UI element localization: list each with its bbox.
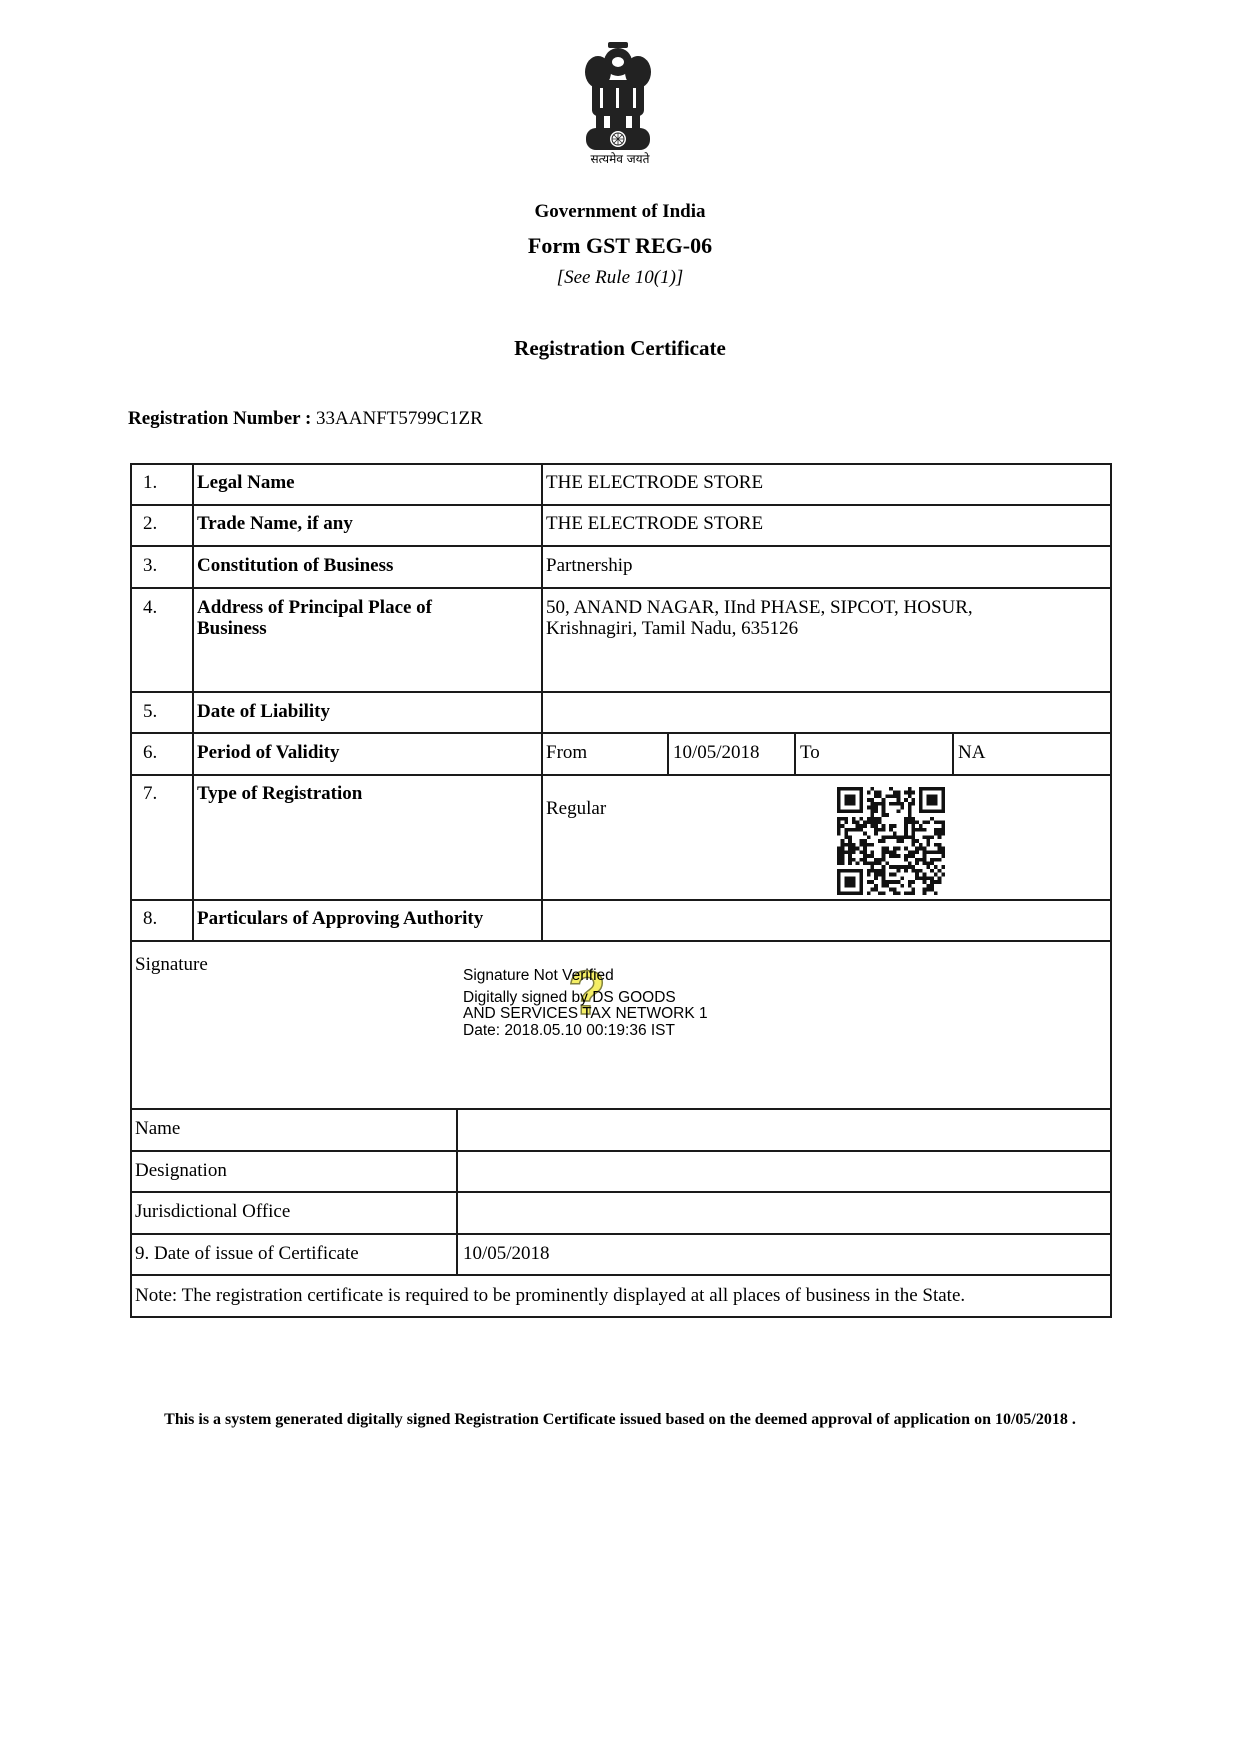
- signature-status: Signature Not Verified: [463, 968, 708, 985]
- row-number: 5.: [143, 701, 157, 722]
- signature-date: Date: 2018.05.10 00:19:36 IST: [463, 1023, 708, 1040]
- qr-code-icon: [837, 787, 945, 895]
- government-title: Government of India: [0, 201, 1240, 223]
- form-title: Form GST REG-06: [0, 233, 1240, 259]
- row-number: 8.: [143, 908, 157, 929]
- row-number: 6.: [143, 742, 157, 763]
- row-number: 1.: [143, 472, 157, 493]
- signature-label: Signature: [135, 954, 208, 975]
- validity-from-label: From: [546, 742, 587, 763]
- field-label: Trade Name, if any: [197, 513, 353, 534]
- certificate-title: Registration Certificate: [0, 336, 1240, 361]
- registration-type-value: Regular: [546, 798, 606, 819]
- row-number: 4.: [143, 597, 157, 618]
- authority-name-label: Name: [135, 1118, 180, 1139]
- rule-reference: [See Rule 10(1)]: [0, 267, 1240, 289]
- address-value: 50, ANAND NAGAR, IInd PHASE, SIPCOT, HOS…: [546, 597, 1046, 639]
- registration-number-value: 33AANFT5799C1ZR: [316, 408, 483, 429]
- digital-signature-block[interactable]: Signature Not Verified Digitally signed …: [463, 968, 708, 1039]
- field-label: Address of Principal Place of Business: [197, 597, 497, 639]
- field-label: Date of Liability: [197, 701, 330, 722]
- field-label: Type of Registration: [197, 783, 362, 804]
- row-number: 3.: [143, 555, 157, 576]
- constitution-value: Partnership: [546, 555, 633, 576]
- legal-name-value: THE ELECTRODE STORE: [546, 472, 763, 493]
- signature-signer-line1: Digitally signed by DS GOODS: [463, 990, 708, 1007]
- validity-to-label: To: [800, 742, 820, 763]
- validity-to-value: NA: [958, 742, 985, 763]
- row-number: 7.: [143, 783, 157, 804]
- field-label: Legal Name: [197, 472, 295, 493]
- field-label: Constitution of Business: [197, 555, 393, 576]
- registration-number-label: Registration Number :: [128, 408, 311, 429]
- system-generated-footer: This is a system generated digitally sig…: [0, 1411, 1240, 1429]
- signature-signer-line2: AND SERVICES TAX NETWORK 1: [463, 1006, 708, 1023]
- national-emblem-icon: [578, 40, 658, 158]
- designation-label: Designation: [135, 1160, 227, 1181]
- jurisdictional-office-label: Jurisdictional Office: [135, 1201, 290, 1222]
- motto: सत्यमेव जयते: [560, 150, 680, 167]
- issue-date-value: 10/05/2018: [463, 1243, 550, 1264]
- field-label: Period of Validity: [197, 742, 340, 763]
- row-number: 2.: [143, 513, 157, 534]
- registration-number: Registration Number : 33AANFT5799C1ZR: [128, 408, 483, 430]
- display-note: Note: The registration certificate is re…: [135, 1285, 965, 1306]
- validity-from-value: 10/05/2018: [673, 742, 760, 763]
- trade-name-value: THE ELECTRODE STORE: [546, 513, 763, 534]
- issue-date-label: 9. Date of issue of Certificate: [135, 1243, 359, 1264]
- field-label: Particulars of Approving Authority: [197, 908, 483, 929]
